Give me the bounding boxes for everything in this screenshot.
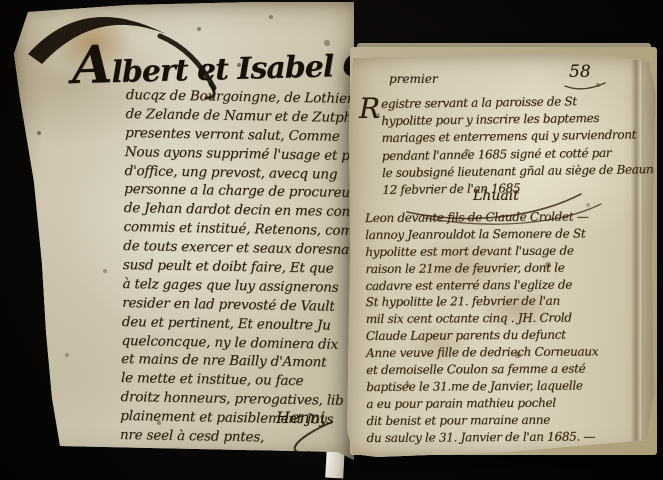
text-line: raison le 21me de feuvrier, dont le <box>365 259 650 278</box>
ink-specks <box>8 2 10 4</box>
register-title-paragraph: egistre servant a la paroisse de St hypo… <box>381 92 652 199</box>
text-line: hypolitte est mort devant l'usage de <box>365 242 650 261</box>
official-signature: Lhuait <box>473 188 519 204</box>
corner-word: premier <box>389 72 438 86</box>
text-line: Claude Lapeur parents du defunct <box>366 326 651 345</box>
text-line: dit benist et pour maraine anne <box>366 411 651 430</box>
left-page-text-block: ducqz de Bourgoingne, de Lothier de Zela… <box>120 86 386 449</box>
left-manuscript-page: Albert et Isabel Cla ducqz de Bourgoingn… <box>8 2 354 460</box>
page-number: 58 <box>569 62 591 82</box>
text-line: lannoy Jeanrouldot la Semonere de St <box>365 225 650 244</box>
text-line: Leon devante fils de Claude Croldet — <box>365 208 650 227</box>
burial-baptism-entry-paragraph: Leon devante fils de Claude Croldet — la… <box>365 208 652 446</box>
right-manuscript-page: premier 58 R egistre servant a la parois… <box>347 54 657 458</box>
text-line: baptisée le 31.me de Janvier, laquelle <box>366 377 651 396</box>
text-line: et demoiselle Coulon sa femme a esté <box>366 360 651 379</box>
text-line: a eu pour parain mathieu pochel <box>366 394 651 413</box>
text-line: cadavre est enterré dans l'eglize de <box>365 276 650 295</box>
text-line: mil six cent octante cinq . JH. Crold <box>366 309 651 328</box>
signature: Henni <box>276 408 325 427</box>
text-line: Anne veuve fille de dedriech Corneuaux <box>366 343 651 362</box>
manuscript-photo-scene: Albert et Isabel Cla ducqz de Bourgoingn… <box>0 0 663 480</box>
text-line: St hypolitte le 21. febvrier de l'an <box>366 292 651 311</box>
paragraph-initial: R <box>359 92 380 125</box>
text-line: nre seel à cesd pntes, <box>120 426 380 449</box>
